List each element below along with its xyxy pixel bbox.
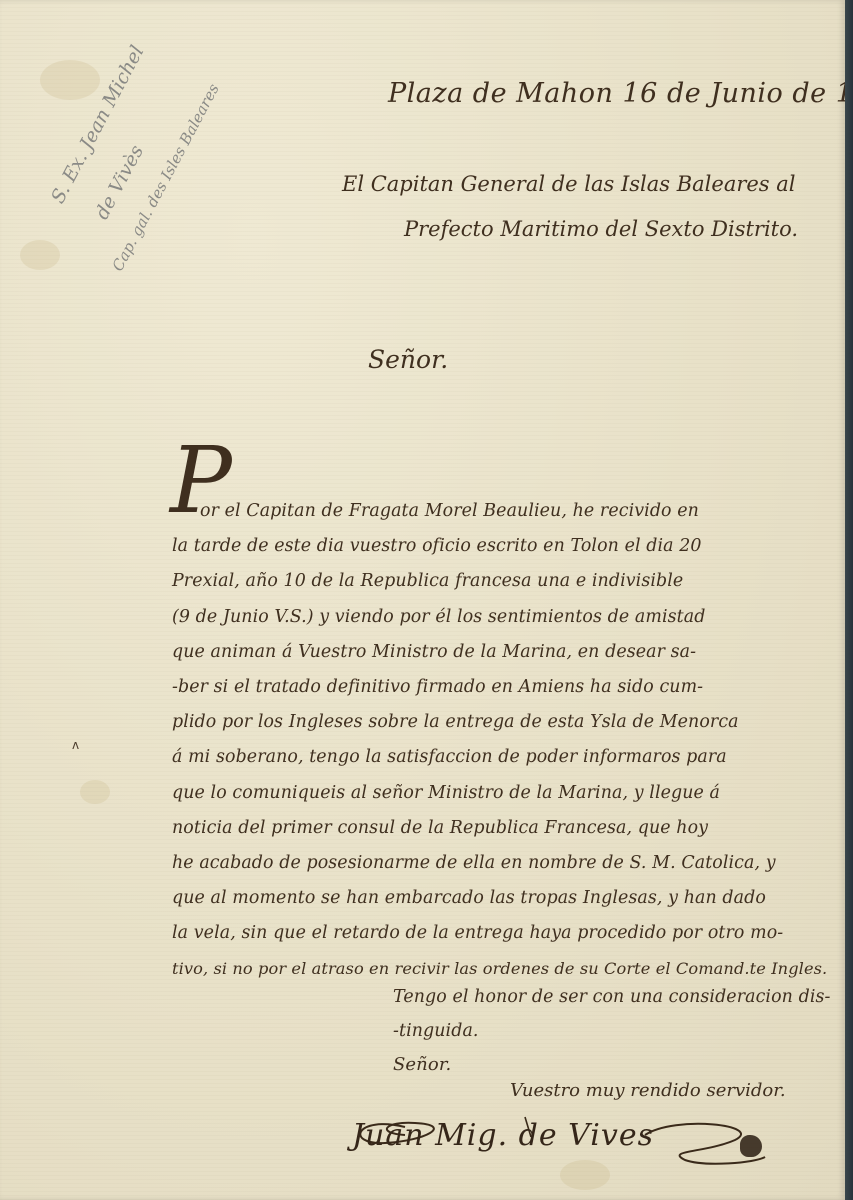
body-line: á mi soberano, tengo la satisfaccion de … <box>172 740 847 775</box>
place-date-line: Plaza de Mahon 16 de Junio de 1802 <box>388 78 853 109</box>
closing-salutation: Señor. <box>393 1048 830 1082</box>
body-line: la tarde de este dia vuestro oficio escr… <box>172 529 847 564</box>
document-page: S. Ex. Jean Michel de Vivès Cap. gal. de… <box>0 0 845 1200</box>
body-line: que animan á Vuestro Ministro de la Mari… <box>172 635 847 670</box>
letter-body: or el Capitan de Fragata Morel Beaulieu,… <box>172 494 847 987</box>
ink-blot <box>740 1135 762 1157</box>
body-line: he acabado de posesionarme de ella en no… <box>172 846 847 881</box>
stray-ink-mark: ʌ <box>72 738 79 752</box>
valediction: Vuestro muy rendido servidor. <box>510 1080 786 1101</box>
body-line: (9 de Junio V.S.) y viendo por él los se… <box>172 600 847 635</box>
paper-stain <box>40 60 100 100</box>
body-line: la vela, sin que el retardo de la entreg… <box>172 916 847 951</box>
closing-line: -tinguida. <box>393 1014 830 1048</box>
recipient-address-line: Prefecto Maritimo del Sexto Distrito. <box>404 217 798 241</box>
paper-stain <box>80 780 110 804</box>
scan-background-edge <box>845 0 853 1200</box>
paper-stain <box>20 240 60 270</box>
sender-address-line: El Capitan General de las Islas Baleares… <box>342 172 796 196</box>
salutation: Señor. <box>368 345 448 374</box>
body-line: noticia del primer consul de la Republic… <box>172 811 847 846</box>
body-line: que lo comuniqueis al señor Ministro de … <box>172 776 847 811</box>
body-line: plido por los Ingleses sobre la entrega … <box>172 705 847 740</box>
body-line: que al momento se han embarcado las trop… <box>172 881 847 916</box>
closing-line: Tengo el honor de ser con una considerac… <box>393 980 830 1014</box>
body-line: -ber si el tratado definitivo firmado en… <box>172 670 847 705</box>
body-line: or el Capitan de Fragata Morel Beaulieu,… <box>172 494 847 529</box>
body-line: Prexial, año 10 de la Republica francesa… <box>172 564 847 599</box>
signature: Juan Mig. de Vives <box>352 1118 654 1153</box>
closing-block: Tengo el honor de ser con una considerac… <box>393 980 830 1082</box>
